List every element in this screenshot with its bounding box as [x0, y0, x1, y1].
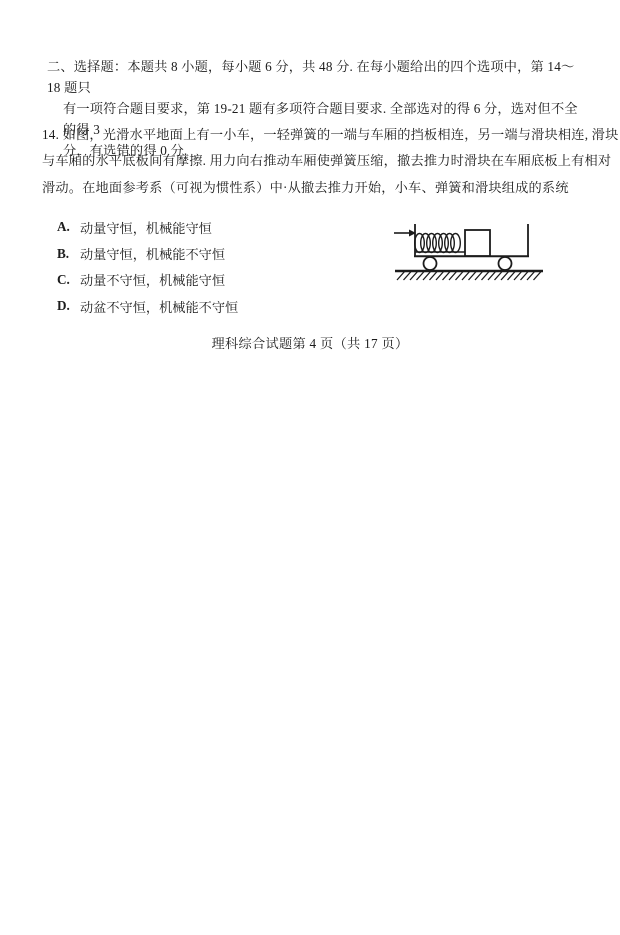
option-c-text: 动量不守恒，机械能守恒	[80, 270, 225, 289]
option-b: B. 动量守恒，机械能不守恒	[57, 240, 238, 266]
option-a-text: 动量守恒，机械能守恒	[80, 218, 212, 237]
ground-hatching	[397, 271, 542, 280]
question-line: 14. 如图，光滑水平地面上有一小车，一轻弹簧的一端与车厢的挡板相连，另一端与滑…	[42, 122, 587, 148]
exam-page: 二、选择题：本题共 8 小题，每小题 6 分，共 48 分. 在每小题给出的四个…	[0, 0, 620, 935]
option-d-letter: D.	[57, 298, 80, 314]
sliding-block	[465, 230, 490, 256]
option-b-text: 动量守恒，机械能不守恒	[80, 244, 225, 263]
option-d-text: 动盆不守恒，机械能不守恒	[80, 297, 238, 316]
cart-spring-block-figure	[393, 221, 545, 285]
option-b-letter: B.	[57, 246, 80, 262]
wheel-right	[499, 257, 512, 270]
page-footer: 理科综合试题第 4 页（共 17 页）	[0, 333, 620, 352]
question-14-body: 14. 如图，光滑水平地面上有一小车，一轻弹簧的一端与车厢的挡板相连，另一端与滑…	[42, 122, 587, 201]
option-c-letter: C.	[57, 272, 80, 288]
spring-coil	[415, 234, 461, 253]
section-header-line: 二、选择题：本题共 8 小题，每小题 6 分，共 48 分. 在每小题给出的四个…	[47, 56, 587, 98]
option-d: D. 动盆不守恒，机械能不守恒	[57, 293, 238, 319]
question-14-options: A. 动量守恒，机械能守恒 B. 动量守恒，机械能不守恒 C. 动量不守恒，机械…	[57, 214, 238, 320]
push-force-arrow-icon	[394, 230, 416, 237]
wheel-left	[424, 257, 437, 270]
question-line: 滑动。在地面参考系（可视为惯性系）中·从撤去推力开始，小车、弹簧和滑块组成的系统	[42, 175, 587, 201]
option-a-letter: A.	[57, 219, 80, 235]
option-c: C. 动量不守恒，机械能守恒	[57, 267, 238, 293]
question-line: 与车厢的水平底板间有摩擦. 用力向右推动车厢使弹簧压缩，撤去推力时滑块在车厢底板…	[42, 148, 587, 174]
option-a: A. 动量守恒，机械能守恒	[57, 214, 238, 240]
